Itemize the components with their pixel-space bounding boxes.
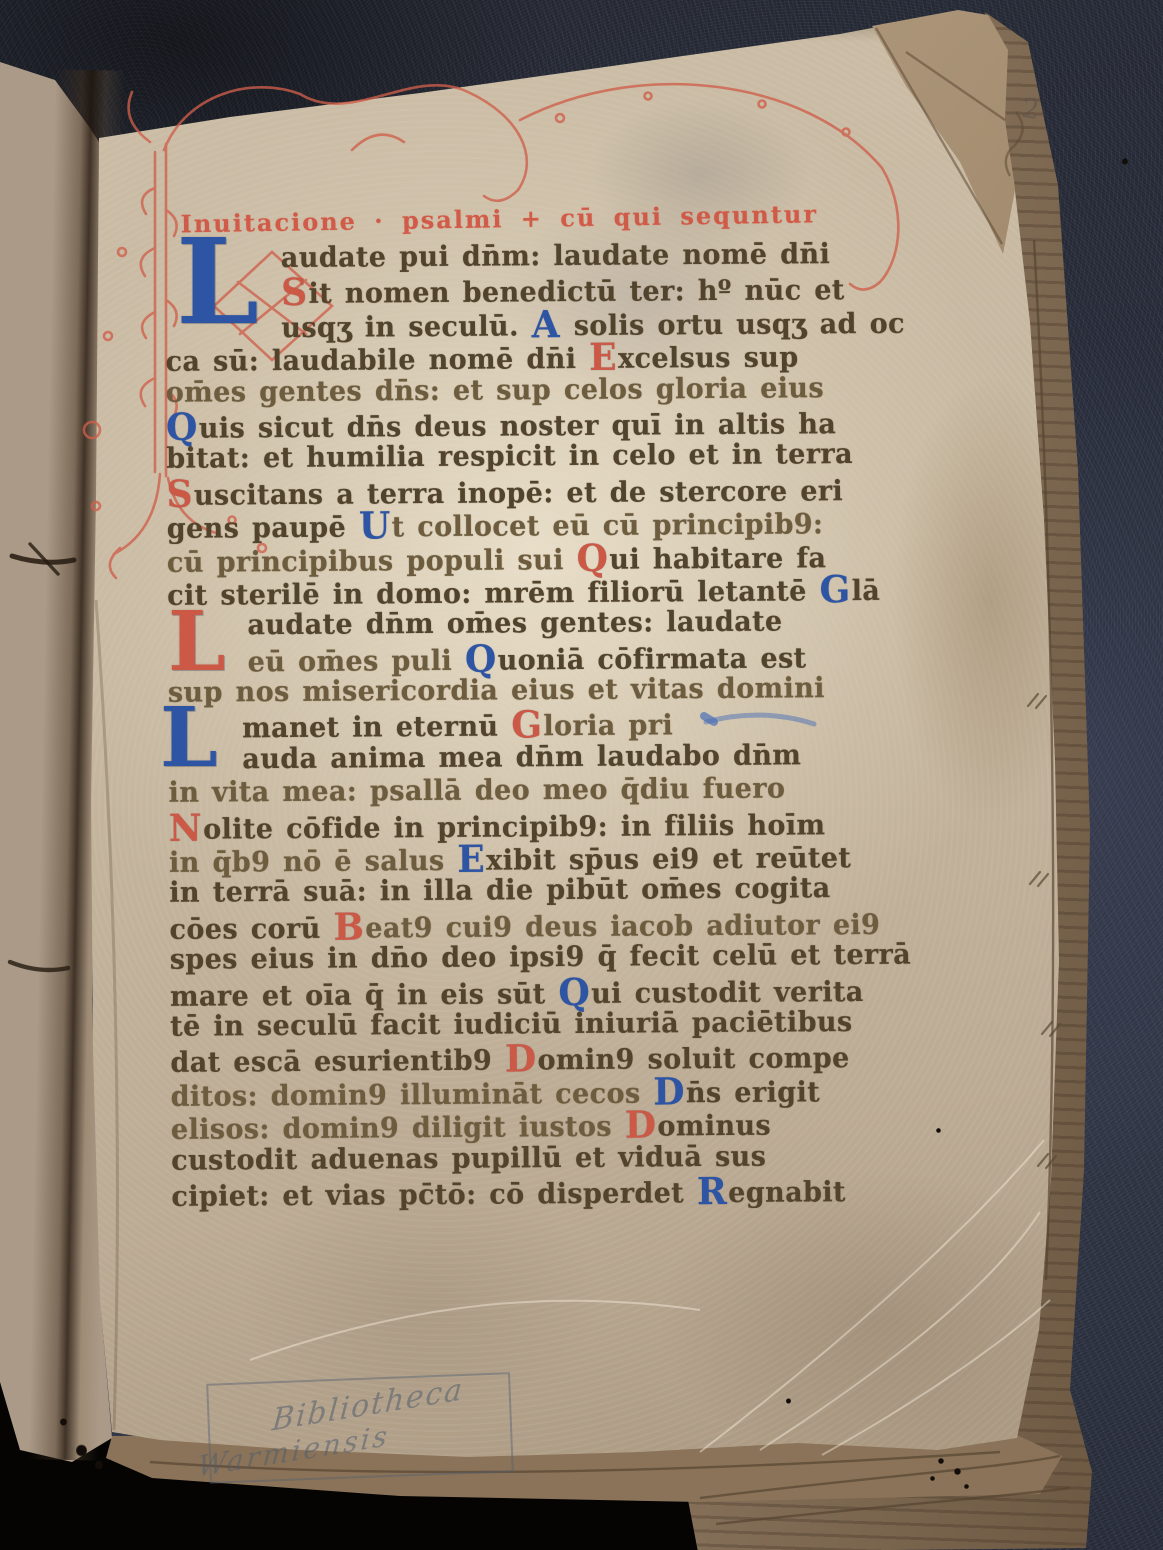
text-segment: xcelsus sup bbox=[618, 342, 799, 375]
manuscript-photo: Inuitacione · psalmi + cū qui sequntur a… bbox=[0, 0, 1163, 1550]
painted-initial-L: L bbox=[168, 608, 226, 678]
wormhole bbox=[930, 1476, 935, 1481]
lombardic-initial: R bbox=[697, 1170, 729, 1214]
text-segment: gens paupē bbox=[167, 512, 359, 546]
text-segment: lā bbox=[852, 575, 881, 607]
text-segment: audate dn̄m om̄es gentes: laudate bbox=[247, 606, 782, 642]
wormhole bbox=[938, 1458, 944, 1464]
text-segment: spes eius in dn̄o deo ipsi9 q̄ fecit cel… bbox=[170, 939, 912, 976]
text-segment: bitat: et humilia respicit in celo et in… bbox=[166, 438, 853, 475]
text-segment: in vita mea: psallā deo meo q̄diu fuero bbox=[168, 773, 785, 810]
text-segment: sup nos misericordia eius et vitas domin… bbox=[168, 672, 825, 709]
painted-initial-L: L bbox=[176, 232, 259, 332]
text-segment: in terrā suā: in illa die pibūt om̄es co… bbox=[169, 873, 830, 910]
text-segment: loria pri bbox=[543, 710, 673, 743]
text-segment: n̄s erigit bbox=[686, 1076, 820, 1109]
text-block: Inuitacione · psalmi + cū qui sequntur a… bbox=[165, 202, 872, 1211]
wormhole bbox=[95, 1460, 103, 1470]
wormhole bbox=[76, 1444, 87, 1457]
text-segment: egnabit bbox=[728, 1176, 846, 1209]
wormhole bbox=[964, 1484, 969, 1489]
wormhole bbox=[936, 1128, 941, 1133]
psalm-lines: audate pui dn̄m: laudate nomē dn̄iSit no… bbox=[165, 238, 872, 1211]
painted-initial-L: L bbox=[160, 704, 218, 774]
text-segment: cipiet: et vias pc̄tō: cō disperdet bbox=[171, 1177, 697, 1213]
text-segment: om̄es gentes dn̄s: et sup celos gloria e… bbox=[166, 372, 824, 409]
text-segment: custodit aduenas pupillū et viduā sus bbox=[171, 1140, 766, 1176]
manuscript-line: cipiet: et vias pc̄tō: cō disperdet Regn… bbox=[171, 1172, 871, 1212]
wormhole bbox=[954, 1468, 961, 1475]
text-segment: auda anima mea dn̄m laudabo dn̄m bbox=[242, 739, 801, 775]
wormhole bbox=[60, 1418, 67, 1426]
text-segment: audate pui dn̄m: laudate nomē dn̄i bbox=[281, 238, 831, 274]
library-stamp: Bibliotheca Warmiensis bbox=[206, 1372, 514, 1484]
text-segment: ominus bbox=[657, 1110, 771, 1143]
wormhole bbox=[1122, 158, 1128, 165]
wormhole bbox=[786, 1398, 791, 1404]
